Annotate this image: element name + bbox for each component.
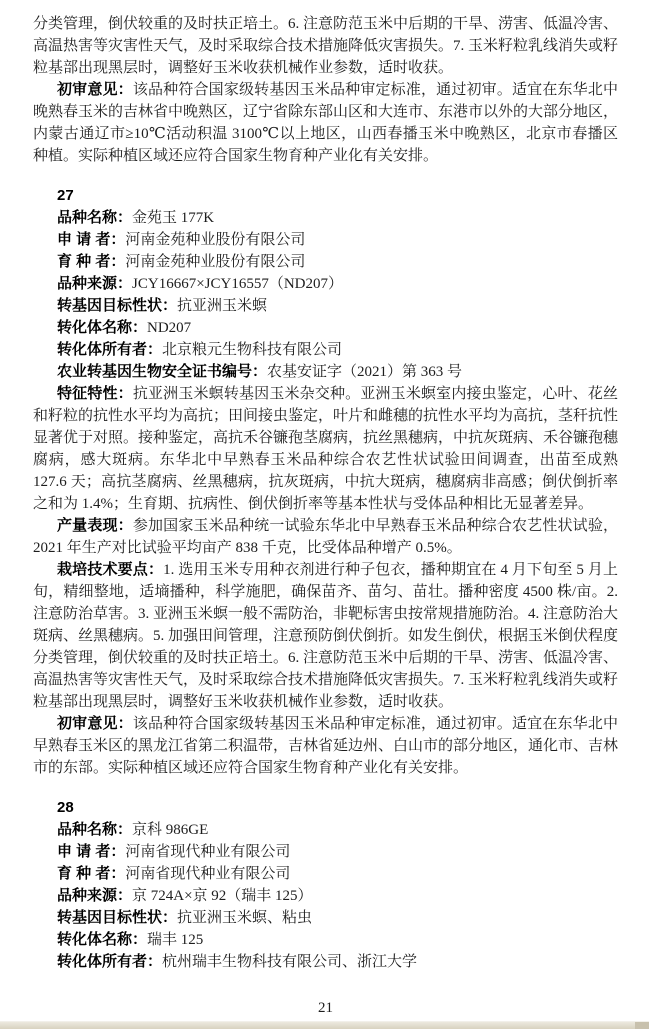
field-gm-target-trait: 转基因目标性状：抗亚洲玉米螟 bbox=[33, 295, 618, 317]
field-variety-source: 品种来源：京 724A×京 92（瑞丰 125） bbox=[33, 885, 618, 907]
paragraph-cultivation-key-points: 栽培技术要点：1. 选用玉米专用种衣剂进行种子包衣，播种期宜在 4 月下旬至 5… bbox=[33, 559, 618, 713]
carryover-review-paragraph: 初审意见：该品种符合国家级转基因玉米品种审定标准，通过初审。适宜在东华北中晚熟春… bbox=[33, 79, 618, 167]
variety-entry-27: 27 品种名称：金苑玉 177K 申 请 者：河南金苑种业股份有限公司 育 种 … bbox=[33, 185, 618, 779]
field-label: 品种名称： bbox=[57, 209, 132, 226]
field-label: 农业转基因生物安全证书编号： bbox=[57, 363, 267, 380]
field-label: 品种来源： bbox=[57, 887, 132, 904]
field-value: 河南省现代种业有限公司 bbox=[125, 866, 290, 882]
paragraph-label: 特征特性： bbox=[57, 385, 133, 402]
carryover-cultivation-paragraph: 分类管理，倒伏较重的及时扶正培土。6. 注意防范玉米中后期的干旱、涝害、低温冷害… bbox=[33, 13, 618, 79]
paragraph-preliminary-review-opinion: 初审意见：该品种符合国家级转基因玉米品种审定标准，通过初审。适宜在东华北中早熟春… bbox=[33, 713, 618, 779]
field-gm-target-trait: 转基因目标性状：抗亚洲玉米螟、粘虫 bbox=[33, 907, 618, 929]
field-label: 转化体名称： bbox=[57, 931, 147, 948]
field-transformation-event-name: 转化体名称：ND207 bbox=[33, 317, 618, 339]
paragraph-text: 1. 选用玉米专用种衣剂进行种子包衣，播种期宜在 4 月下旬至 5 月上旬，精细… bbox=[33, 562, 618, 710]
window-bottom-scrollbar[interactable] bbox=[0, 1021, 649, 1029]
field-value: 农基安证字（2021）第 363 号 bbox=[267, 364, 462, 380]
entry-number: 27 bbox=[33, 185, 618, 207]
field-value: 京 724A×京 92（瑞丰 125） bbox=[132, 888, 313, 904]
field-label: 转基因目标性状： bbox=[57, 297, 177, 314]
field-value: 河南金苑种业股份有限公司 bbox=[125, 254, 305, 270]
document-page: 分类管理，倒伏较重的及时扶正培土。6. 注意防范玉米中后期的干旱、涝害、低温冷害… bbox=[0, 0, 649, 1019]
field-breeder: 育 种 者：河南金苑种业股份有限公司 bbox=[33, 251, 618, 273]
field-value: 金苑玉 177K bbox=[132, 210, 214, 226]
field-transformation-event-name: 转化体名称：瑞丰 125 bbox=[33, 929, 618, 951]
paragraph-label: 栽培技术要点： bbox=[57, 561, 163, 578]
field-breeder: 育 种 者：河南省现代种业有限公司 bbox=[33, 863, 618, 885]
field-variety-name: 品种名称：金苑玉 177K bbox=[33, 207, 618, 229]
field-value: 抗亚洲玉米螟 bbox=[177, 298, 267, 314]
field-label: 转化体所有者： bbox=[57, 953, 162, 970]
field-applicant: 申 请 者：河南金苑种业股份有限公司 bbox=[33, 229, 618, 251]
field-value: 杭州瑞丰生物科技有限公司、浙江大学 bbox=[162, 954, 417, 970]
variety-entry-28: 28 品种名称：京科 986GE 申 请 者：河南省现代种业有限公司 育 种 者… bbox=[33, 797, 618, 973]
field-label: 育 种 者： bbox=[57, 253, 125, 270]
field-applicant: 申 请 者：河南省现代种业有限公司 bbox=[33, 841, 618, 863]
field-value: 河南金苑种业股份有限公司 bbox=[125, 232, 305, 248]
field-label: 品种来源： bbox=[57, 275, 132, 292]
field-value: JCY16667×JCY16557（ND207） bbox=[132, 276, 343, 292]
paragraph-characteristics: 特征特性：抗亚洲玉米螟转基因玉米杂交种。亚洲玉米螟室内接虫鉴定，心叶、花丝和籽粒… bbox=[33, 383, 618, 515]
field-transformation-event-owner: 转化体所有者：北京粮元生物科技有限公司 bbox=[33, 339, 618, 361]
field-label: 申 请 者： bbox=[57, 231, 125, 248]
review-label: 初审意见： bbox=[57, 81, 133, 98]
field-value: 北京粮元生物科技有限公司 bbox=[162, 342, 342, 358]
paragraph-label: 初审意见： bbox=[57, 715, 133, 732]
field-label: 育 种 者： bbox=[57, 865, 125, 882]
page-number: 21 bbox=[33, 997, 618, 1019]
field-label: 申 请 者： bbox=[57, 843, 125, 860]
resize-grip[interactable] bbox=[635, 1022, 649, 1029]
field-label: 转基因目标性状： bbox=[57, 909, 177, 926]
field-label: 转化体名称： bbox=[57, 319, 147, 336]
field-label: 转化体所有者： bbox=[57, 341, 162, 358]
field-label: 品种名称： bbox=[57, 821, 132, 838]
field-value: 抗亚洲玉米螟、粘虫 bbox=[177, 910, 312, 926]
paragraph-text: 抗亚洲玉米螟转基因玉米杂交种。亚洲玉米螟室内接虫鉴定，心叶、花丝和籽粒的抗性水平… bbox=[33, 386, 618, 512]
field-variety-source: 品种来源：JCY16667×JCY16557（ND207） bbox=[33, 273, 618, 295]
field-biosafety-certificate-number: 农业转基因生物安全证书编号：农基安证字（2021）第 363 号 bbox=[33, 361, 618, 383]
field-value: 河南省现代种业有限公司 bbox=[125, 844, 290, 860]
field-value: 瑞丰 125 bbox=[147, 932, 203, 948]
entry-number: 28 bbox=[33, 797, 618, 819]
paragraph-label: 产量表现： bbox=[57, 517, 133, 534]
field-variety-name: 品种名称：京科 986GE bbox=[33, 819, 618, 841]
field-value: ND207 bbox=[147, 320, 191, 336]
paragraph-yield-performance: 产量表现：参加国家玉米品种统一试验东华北中早熟春玉米品种综合农艺性状试验，202… bbox=[33, 515, 618, 559]
field-transformation-event-owner: 转化体所有者：杭州瑞丰生物科技有限公司、浙江大学 bbox=[33, 951, 618, 973]
field-value: 京科 986GE bbox=[132, 822, 208, 838]
